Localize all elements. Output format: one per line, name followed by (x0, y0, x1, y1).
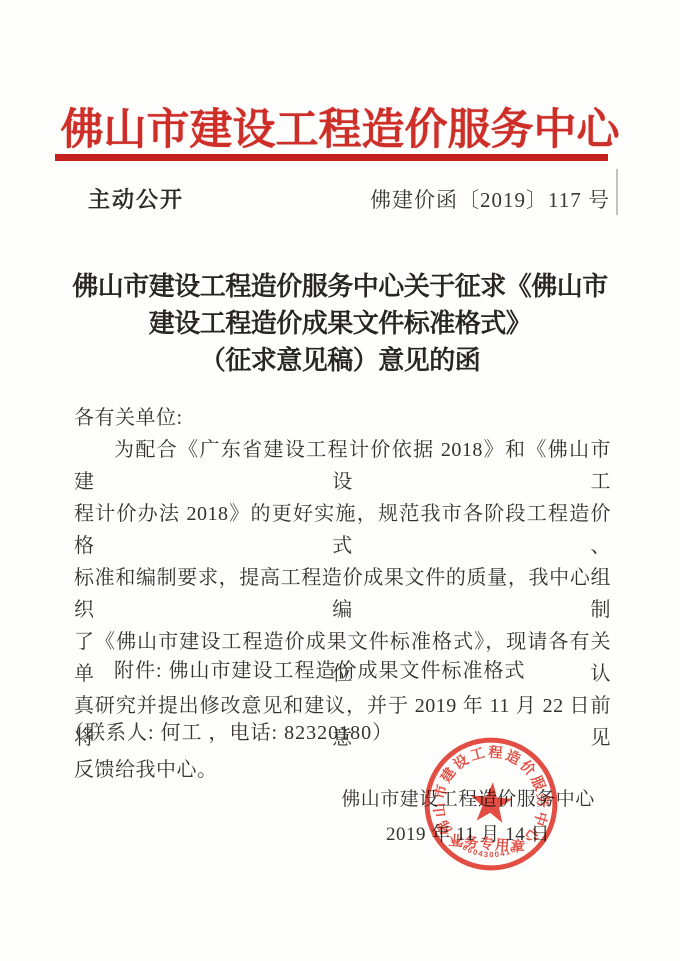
signature-org: 佛山市建设工程造价服务中心 (338, 782, 598, 817)
title-line-2: 建设工程造价成果文件标准格式》 (0, 305, 680, 342)
document-number: 佛建价函〔2019〕117 号 (370, 184, 610, 214)
disclosure-label: 主动公开 (88, 183, 184, 214)
attachment-line: 附件: 佛山市建设工程造价成果文件标准格式 (74, 654, 611, 683)
paragraph-line: 标准和编制要求，提高工程造价成果文件的质量，我中心组织编制 (74, 562, 611, 626)
document-title: 佛山市建设工程造价服务中心关于征求《佛山市 建设工程造价成果文件标准格式》 （征… (0, 268, 680, 379)
title-line-1: 佛山市建设工程造价服务中心关于征求《佛山市 (0, 268, 680, 305)
scanned-letter-page: 佛山市建设工程造价服务中心 主动公开 佛建价函〔2019〕117 号 佛山市建设… (0, 0, 680, 961)
paragraph-line: 为配合《广东省建设工程计价依据 2018》和《佛山市建设工 (74, 434, 611, 498)
title-line-3: （征求意见稿）意见的函 (0, 342, 680, 379)
contact-line: （联系人: 何工 ，电话: 82320180） (64, 716, 393, 745)
signature-block: 佛山市建设工程造价服务中心 2019 年 11 月 14 日 (338, 782, 598, 852)
letterhead-separator-rule (55, 154, 608, 161)
scan-artifact-line (616, 169, 618, 215)
signature-date: 2019 年 11 月 14 日 (338, 817, 598, 852)
salutation: 各有关单位: (74, 402, 611, 434)
letterhead-org-name: 佛山市建设工程造价服务中心 (0, 96, 680, 157)
paragraph-line: 程计价办法 2018》的更好实施，规范我市各阶段工程造价格式、 (74, 498, 611, 562)
